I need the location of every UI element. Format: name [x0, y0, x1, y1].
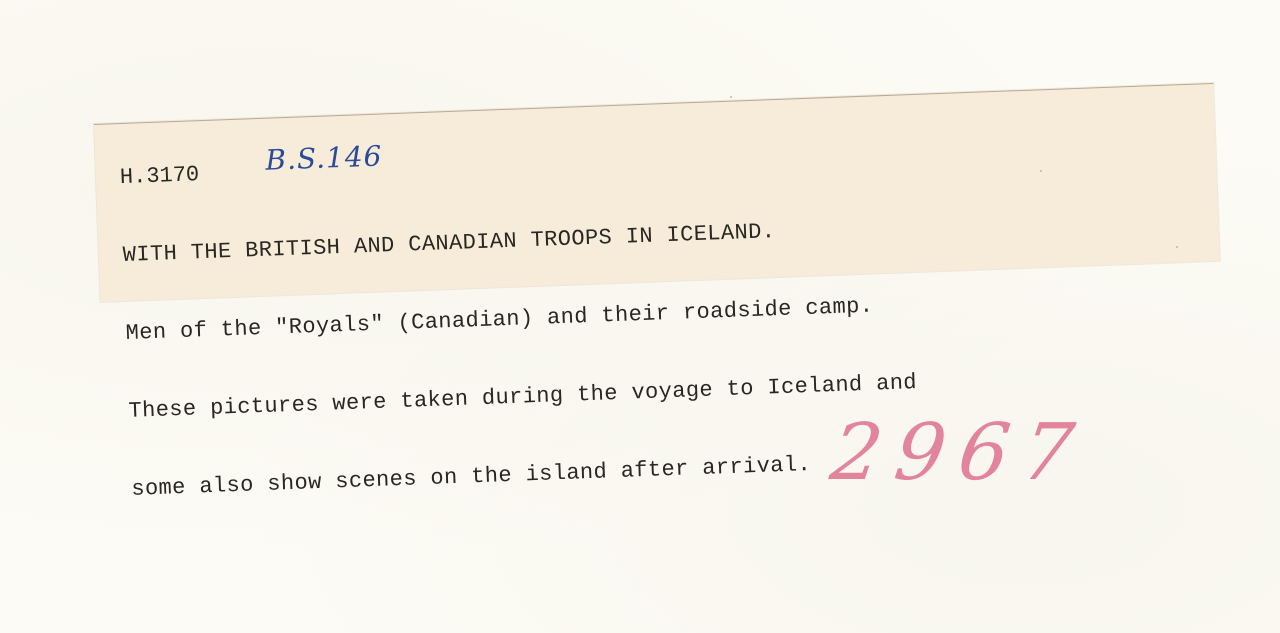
handwritten-number: 2967: [826, 408, 1093, 498]
caption-title: WITH THE BRITISH AND CANADIAN TROOPS IN …: [122, 214, 911, 269]
caption-text: WITH THE BRITISH AND CANADIAN TROOPS IN …: [120, 162, 922, 555]
caption-line: Men of the "Royals" (Canadian) and their…: [125, 292, 914, 347]
paper-speck: [730, 96, 732, 98]
paper-speck: [1040, 170, 1042, 172]
caption-line: some also show scenes on the island afte…: [131, 448, 920, 503]
photo-card-back: H.3170 B.S.146 WITH THE BRITISH AND CANA…: [0, 0, 1280, 633]
reference-code: H.3170: [120, 162, 200, 190]
caption-slip: H.3170 B.S.146 WITH THE BRITISH AND CANA…: [94, 83, 1220, 302]
caption-line: These pictures were taken during the voy…: [128, 370, 917, 425]
handwritten-reference: B.S.146: [265, 139, 383, 176]
paper-speck: [1176, 246, 1178, 248]
